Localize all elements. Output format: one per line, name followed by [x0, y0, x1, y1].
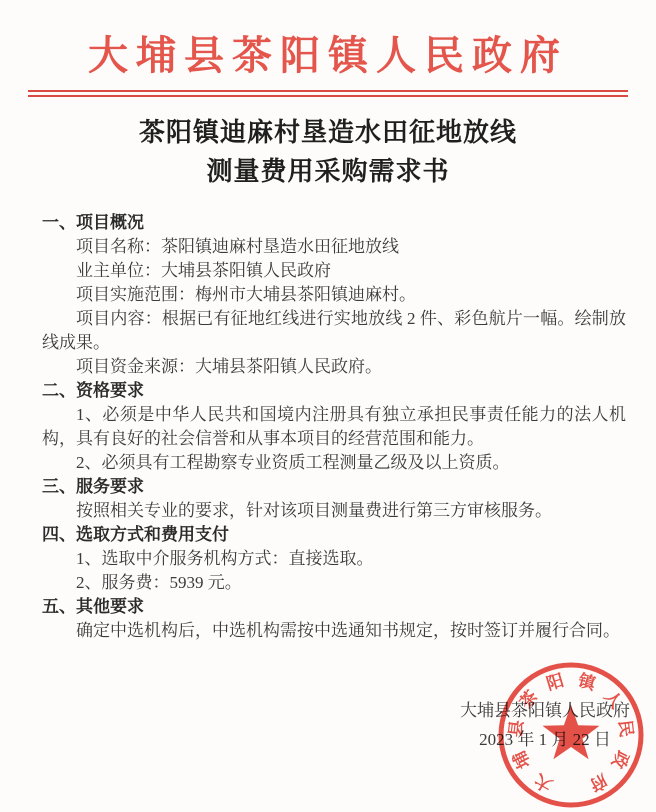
implementation-scope-line: 项目实施范围：梅州市大埔县茶阳镇迪麻村。 — [42, 283, 626, 307]
service-requirement-line: 按照相关专业的要求，针对该项目测量费进行第三方审核服务。 — [42, 499, 626, 523]
section-1-heading: 一、项目概况 — [42, 211, 626, 235]
seal-character: 大 — [531, 770, 556, 796]
section-5-heading: 五、其他要求 — [42, 595, 626, 619]
seal-character: 镇 — [576, 670, 599, 694]
section-3-heading: 三、服务要求 — [42, 475, 626, 499]
section-project-overview: 一、项目概况 项目名称：茶阳镇迪麻村垦造水田征地放线 业主单位：大埔县茶阳镇人民… — [42, 211, 626, 379]
qualification-item-1: 1、必须是中华人民共和国境内注册具有独立承担民事责任能力的法人机构，具有良好的社… — [42, 403, 626, 451]
selection-method-line: 1、选取中介服务机构方式：直接选取。 — [42, 547, 626, 571]
government-header-title: 大埔县茶阳镇人民政府 — [0, 0, 656, 78]
project-name-line: 项目名称：茶阳镇迪麻村垦造水田征地放线 — [42, 235, 626, 259]
other-requirement-line: 确定中选机构后，中选机构需按中选通知书规定，按时签订并履行合同。 — [42, 619, 626, 643]
seal-character: 府 — [586, 770, 611, 796]
project-content-line: 项目内容：根据已有征地红线进行实地放线 2 件、彩色航片一幅。绘制放线成果。 — [42, 307, 626, 355]
signature-block: 大埔县茶阳镇人民政府 2023 年 1 月 22 日 — [460, 696, 630, 754]
owner-unit-line: 业主单位：大埔县茶阳镇人民政府 — [42, 259, 626, 283]
signature-date: 2023 年 1 月 22 日 — [460, 725, 630, 754]
service-fee-line: 2、服务费：5939 元。 — [42, 571, 626, 595]
section-selection-and-payment: 四、选取方式和费用支付 1、选取中介服务机构方式：直接选取。 2、服务费：593… — [42, 523, 626, 595]
document-title-line2: 测量费用采购需求书 — [0, 152, 656, 191]
document-title-line1: 茶阳镇迪麻村垦造水田征地放线 — [0, 113, 656, 152]
section-4-heading: 四、选取方式和费用支付 — [42, 523, 626, 547]
document-page: 大埔县茶阳镇人民政府 茶阳镇迪麻村垦造水田征地放线 测量费用采购需求书 一、项目… — [0, 0, 656, 812]
document-body: 一、项目概况 项目名称：茶阳镇迪麻村垦造水田征地放线 业主单位：大埔县茶阳镇人民… — [0, 211, 656, 643]
section-service-requirements: 三、服务要求 按照相关专业的要求，针对该项目测量费进行第三方审核服务。 — [42, 475, 626, 523]
signature-org: 大埔县茶阳镇人民政府 — [460, 696, 630, 725]
section-other-requirements: 五、其他要求 确定中选机构后，中选机构需按中选通知书规定，按时签订并履行合同。 — [42, 595, 626, 643]
header-double-rule — [28, 90, 628, 97]
document-title: 茶阳镇迪麻村垦造水田征地放线 测量费用采购需求书 — [0, 113, 656, 191]
section-2-heading: 二、资格要求 — [42, 379, 626, 403]
section-qualification-requirements: 二、资格要求 1、必须是中华人民共和国境内注册具有独立承担民事责任能力的法人机构… — [42, 379, 626, 475]
funding-source-line: 项目资金来源：大埔县茶阳镇人民政府。 — [42, 355, 626, 379]
seal-character: 阳 — [544, 671, 566, 694]
qualification-item-2: 2、必须具有工程勘察专业资质工程测量乙级及以上资质。 — [42, 451, 626, 475]
